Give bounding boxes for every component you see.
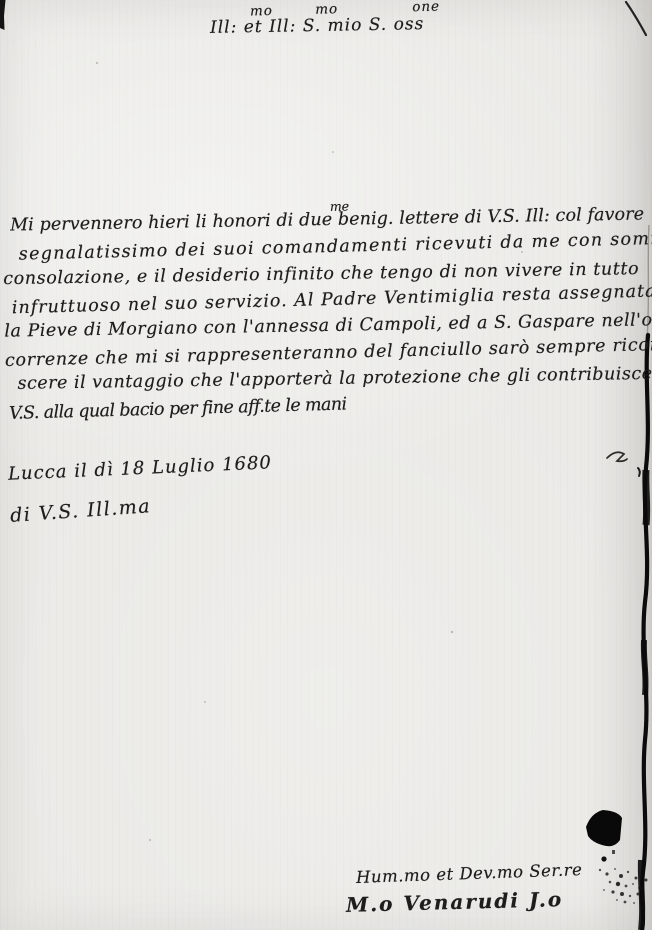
salutation-line: Ill: et Ill: S. mio S. oss [210, 14, 425, 38]
body-line: segnalatissimo dei suoi comandamenti ric… [19, 228, 652, 264]
scanned-letter-page: mo mo one Ill: et Ill: S. mio S. oss me … [0, 0, 652, 930]
paper-specks [96, 62, 523, 841]
ink-blot-icon [586, 810, 622, 846]
page-edge-mark-icon [0, 0, 6, 30]
signature-courtesy-line: Hum.mo et Dev.mo Ser.re [356, 860, 583, 887]
body-line: scere il vantaggio che l'apporterà la pr… [17, 364, 652, 394]
body-line: V.S. alla qual bacio per fine aff.te le … [9, 394, 347, 423]
closing: di V.S. Ill.ma [9, 495, 151, 527]
margin-squiggle-icon [607, 452, 627, 461]
signature-name: M.o Venarudi J.o [346, 887, 564, 917]
ink-speckles-icon [599, 868, 648, 908]
letter-body: me Mi pervennero hieri li honori di due … [0, 203, 652, 437]
dateline: Lucca il dì 18 Luglio 1680 [8, 452, 273, 484]
scratch-icon [626, 2, 646, 35]
binding-edge-icon [642, 335, 648, 930]
